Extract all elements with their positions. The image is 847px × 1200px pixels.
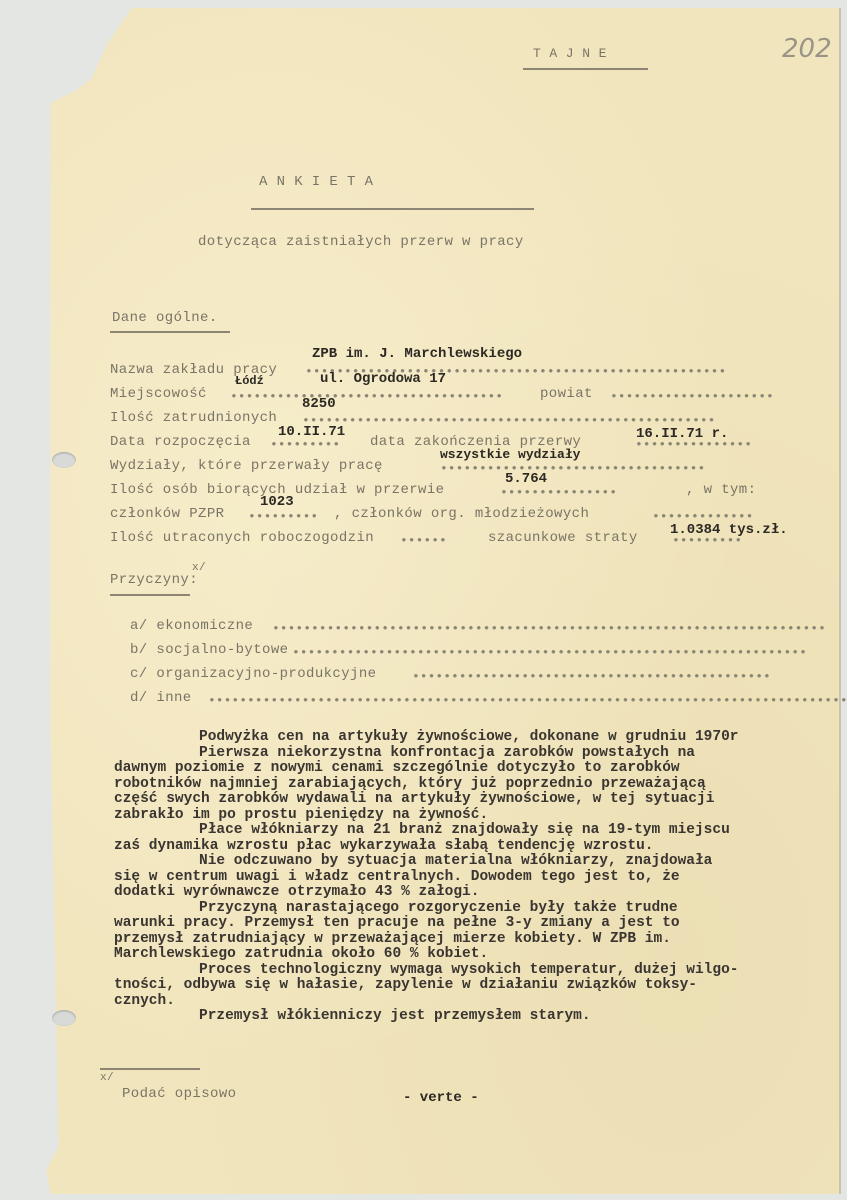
section-underline: [110, 331, 230, 333]
document-subtitle: dotycząca zaistniałych przerw w pracy: [198, 234, 524, 250]
field-label-locality: Miejscowość: [110, 386, 207, 402]
field-label-county: powiat: [540, 386, 593, 402]
dotted-line: ••••••: [400, 533, 447, 548]
field-label-employees: Ilość zatrudnionych: [110, 410, 277, 426]
field-value-address: ul. Ogrodowa 17: [320, 371, 446, 387]
narrative-line: Przyczyną narastającego rozgoryczenie by…: [199, 901, 847, 917]
dotted-line: ••••••••••••••••••••••••••••••••••••••••…: [208, 693, 847, 708]
verte-mark: - verte -: [403, 1090, 479, 1106]
narrative-line: robotników najmniej zarabiających, który…: [114, 777, 844, 793]
narrative-line: zabrakło im po prostu pieniędzy na żywno…: [114, 808, 844, 824]
footnote-marker: x/: [100, 1072, 114, 1084]
field-label-youth-members: , członków org. młodzieżowych: [334, 506, 589, 522]
section-underline: [110, 594, 190, 596]
footnote-text: Podać opisowo: [122, 1086, 236, 1102]
punch-hole: [52, 452, 76, 468]
narrative-line: Pierwsza niekorzystna konfrontacja zarob…: [199, 746, 847, 762]
narrative-line: Podwyżka cen na artykuły żywnościowe, do…: [199, 730, 847, 746]
footnote-separator: [100, 1068, 200, 1070]
section-heading-general: Dane ogólne.: [112, 310, 218, 326]
handwritten-page-number: 202: [782, 34, 832, 64]
dotted-line: •••••••••••••••: [500, 485, 617, 500]
narrative-line: dodatki wyrównawcze otrzymało 43 % załog…: [114, 885, 844, 901]
field-suffix-including: , w tym:: [686, 482, 756, 498]
section-heading-causes: Przyczyny:: [110, 572, 198, 588]
field-value-estimated-losses: 1.0384 tys.zł.: [670, 522, 788, 538]
narrative-line: tności, odbywa się w hałasie, zapylenie …: [114, 978, 844, 994]
title-underline: [251, 208, 534, 210]
dotted-line: ••••••••••••••••••••••••••••••••••••••••…: [272, 621, 826, 636]
narrative-text: Podwyżka cen na artykuły żywnościowe, do…: [114, 730, 844, 1025]
dotted-line: •••••••••: [248, 509, 318, 524]
narrative-line: Marchlewskiego zatrudnia około 60 % kobi…: [114, 947, 844, 963]
dotted-line: •••••••••••••••••••••: [610, 389, 774, 404]
cause-item-economic: a/ ekonomiczne: [130, 618, 253, 634]
classification-underline: [523, 68, 648, 70]
field-value-departments: wszystkie wydziały: [440, 447, 580, 462]
field-value-participants: 5.764: [505, 471, 547, 487]
field-value-locality: Łódź: [235, 374, 264, 388]
field-value-start-date: 10.II.71: [278, 424, 345, 440]
field-label-start-date: Data rozpoczęcia: [110, 434, 251, 450]
dotted-line: ••••••••••••••••••••••••••••••••••••••••…: [292, 645, 807, 660]
footnote-marker: x/: [192, 562, 206, 574]
dotted-line: •••••••••••••••••••••••••••••••••••: [230, 389, 503, 404]
punch-hole: [52, 1010, 76, 1026]
field-label-lost-hours: Ilość utraconych roboczogodzin: [110, 530, 374, 546]
narrative-line: przemysł zatrudniający w przeważającej m…: [114, 932, 844, 948]
dotted-line: ••••••••••••••••••••••••••••••••••: [440, 461, 705, 476]
cause-item-organizational: c/ organizacyjno-produkcyjne: [130, 666, 376, 682]
dotted-line: ••••••••••••••••••••••••••••••••••••••••…: [412, 669, 771, 684]
narrative-line: Przemysł włókienniczy jest przemysłem st…: [199, 1009, 847, 1025]
narrative-line: dawnym poziomie z nowymi cenami szczegól…: [114, 761, 844, 777]
narrative-line: Płace włókniarzy na 21 branż znajdowały …: [199, 823, 847, 839]
narrative-line: się w centrum uwagi i władz centralnych.…: [114, 870, 844, 886]
narrative-line: zaś dynamika wzrostu płac wykarzywała sł…: [114, 839, 844, 855]
field-value-end-date: 16.II.71 r.: [636, 426, 728, 442]
narrative-line: warunki pracy. Przemysł ten pracuje na p…: [114, 916, 844, 932]
cause-item-other: d/ inne: [130, 690, 192, 706]
field-value-plant-name: ZPB im. J. Marchlewskiego: [312, 346, 522, 362]
field-label-estimated-losses: szacunkowe straty: [488, 530, 638, 546]
cause-item-social: b/ socjalno-bytowe: [130, 642, 288, 658]
narrative-line: cznych.: [114, 994, 844, 1010]
field-value-party-members: 1023: [260, 494, 294, 510]
narrative-line: część swych zarobków wydawali na artykuł…: [114, 792, 844, 808]
field-label-departments: Wydziały, które przerwały pracę: [110, 458, 383, 474]
narrative-line: Nie odczuwano by sytuacja materialna włó…: [199, 854, 847, 870]
classification-stamp: T A J N E: [533, 46, 607, 61]
field-value-employees: 8250: [302, 396, 336, 412]
narrative-line: Proces technologiczny wymaga wysokich te…: [199, 963, 847, 979]
document-title: A N K I E T A: [259, 174, 373, 190]
field-label-party-members: członków PZPR: [110, 506, 224, 522]
